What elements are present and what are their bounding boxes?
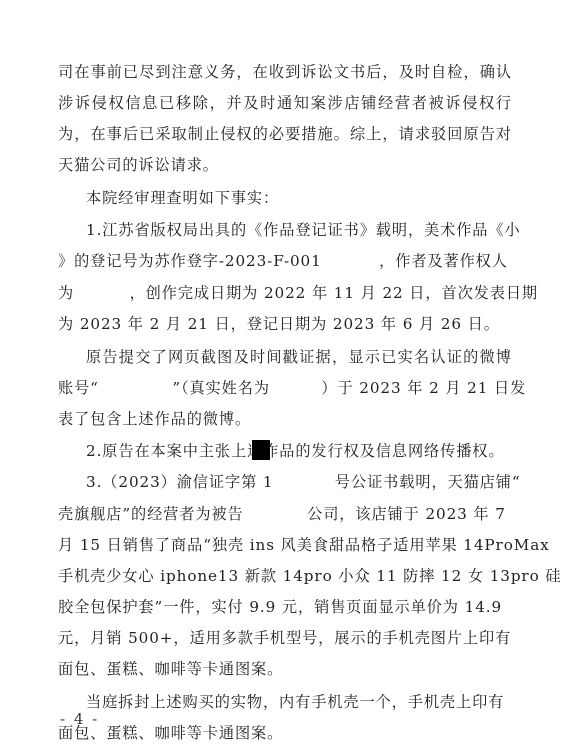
paragraph-line: 当庭拆封上述购买的实物，内有手机壳一个，手机壳上印有 bbox=[86, 692, 512, 712]
paragraph-line: 天猫公司的诉讼请求。 bbox=[58, 155, 512, 175]
paragraph-line: 手机壳少女心 iphone13 新款 14pro 小众 11 防摔 12 女 1… bbox=[58, 566, 512, 586]
paragraph-line: 涉诉侵权信息已移除，并及时通知案涉店铺经营者被诉侵权行 bbox=[58, 93, 512, 113]
text-segment: 》的登记号为苏作登字-2023-F-001 bbox=[58, 252, 322, 270]
page-number: - 4 - bbox=[60, 710, 99, 728]
paragraph-line: 1.江苏省版权局出具的《作品登记证书》载明，美术作品《小 bbox=[86, 220, 512, 240]
text-segment: 号公证书载明，天猫店铺“ bbox=[335, 473, 521, 491]
text-segment: 3.（2023）渝信证字第 1 bbox=[86, 473, 273, 491]
paragraph-line: 为 ，创作完成日期为 2022 年 11 月 22 日，首次发表日期 bbox=[58, 283, 512, 303]
paragraph-line: 》的登记号为苏作登字-2023-F-001 ，作者及著作权人 bbox=[58, 251, 512, 271]
paragraph-line: 元，月销 500+，适用多款手机型号，展示的手机壳图片上印有 bbox=[58, 628, 512, 648]
paragraph-line: 月 15 日销售了商品“独壳 ins 风美食甜品格子适用苹果 14ProMax bbox=[58, 535, 512, 555]
black-redaction-box bbox=[252, 440, 270, 460]
paragraph-line: 账号“ ”（真实姓名为 ）于 2023 年 2 月 21 日发 bbox=[58, 378, 512, 398]
paragraph-line: 3.（2023）渝信证字第 1 号公证书载明，天猫店铺“ bbox=[86, 472, 512, 492]
paragraph-line: 原告提交了网页截图及时间戳证据，显示已实名认证的微博 bbox=[86, 347, 512, 367]
paragraph-line: 壳旗舰店”的经营者为被告 公司，该店铺于 2023 年 7 bbox=[58, 504, 512, 524]
text-segment: ）于 2023 年 2 月 21 日发 bbox=[321, 379, 526, 397]
text-segment: ，创作完成日期为 2022 年 11 月 22 日，首次发表日期 bbox=[130, 284, 538, 302]
text-segment: ”（真实姓名为 bbox=[172, 379, 270, 397]
section-heading: 本院经审理查明如下事实： bbox=[86, 188, 512, 208]
paragraph-line: 表了包含上述作品的微博。 bbox=[58, 409, 512, 429]
paragraph-line: 面包、蛋糕、咖啡等卡通图案。 bbox=[58, 723, 512, 743]
document-page: 司在事前已尽到注意义务，在收到诉讼文书后，及时自检，确认 涉诉侵权信息已移除，并… bbox=[0, 0, 570, 754]
text-segment: ，作者及著作权人 bbox=[379, 252, 508, 270]
paragraph-line: 为 2023 年 2 月 21 日，登记日期为 2023 年 6 月 26 日。 bbox=[58, 314, 512, 334]
text-segment: 公司，该店铺于 2023 年 7 bbox=[307, 505, 506, 523]
paragraph-line: 2.原告在本案中主张上述作品的发行权及信息网络传播权。 bbox=[86, 441, 512, 461]
text-segment: 账号“ bbox=[58, 379, 99, 397]
paragraph-line: 为，在事后已采取制止侵权的必要措施。综上，请求驳回原告对 bbox=[58, 124, 512, 144]
text-segment: 壳旗舰店”的经营者为被告 bbox=[58, 505, 244, 523]
text-segment: 为 bbox=[58, 284, 74, 302]
paragraph-line: 面包、蛋糕、咖啡等卡通图案。 bbox=[58, 659, 512, 679]
paragraph-line: 胶全包保护套”一件，实付 9.9 元，销售页面显示单价为 14.9 bbox=[58, 597, 512, 617]
paragraph-line: 司在事前已尽到注意义务，在收到诉讼文书后，及时自检，确认 bbox=[58, 62, 512, 82]
